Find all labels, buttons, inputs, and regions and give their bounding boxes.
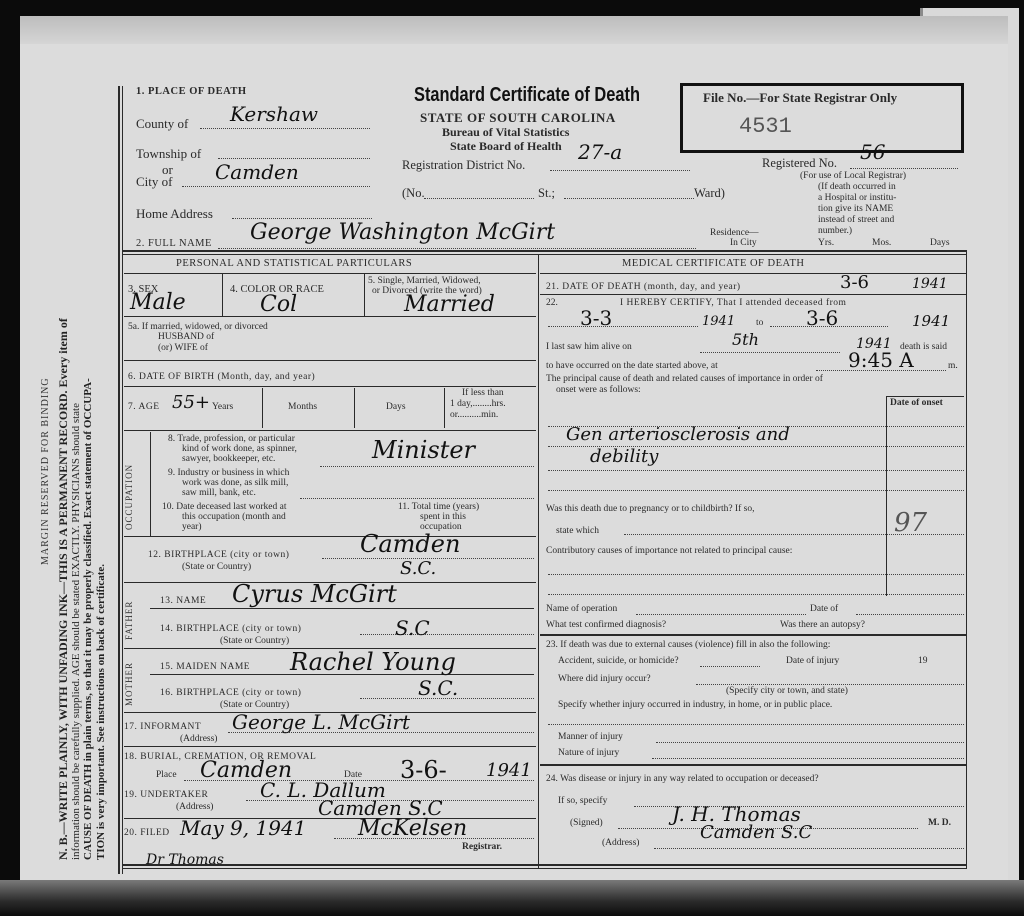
- industry-label-1: 9. Industry or business in which: [168, 468, 289, 478]
- date-of-death-year: 1941: [912, 276, 948, 292]
- nature-injury-line: [652, 758, 964, 759]
- less-than-3: or..........min.: [450, 410, 498, 420]
- last-saw-value: 5th: [732, 330, 759, 349]
- time-suffix: m.: [948, 361, 958, 371]
- name-divider-2: [122, 254, 967, 255]
- street-no-label: (No.: [402, 186, 425, 201]
- age-value: 55+: [172, 392, 210, 413]
- operation-line: [636, 614, 806, 615]
- city-label: City of: [136, 174, 172, 190]
- street-no-line: [424, 198, 534, 199]
- injury-year-label: 19: [918, 656, 928, 666]
- age-divider-1: [262, 388, 263, 428]
- industry-line: [300, 498, 534, 499]
- personal-header: PERSONAL AND STATISTICAL PARTICULARS: [176, 258, 412, 269]
- residence-yrs-label: Yrs.: [818, 238, 834, 248]
- industry-home-line: [548, 724, 964, 725]
- md-label: M. D.: [928, 818, 951, 828]
- age-months-label: Months: [288, 402, 317, 412]
- undertaker-label: 19. UNDERTAKER: [124, 790, 208, 800]
- mother-birthplace-label: 16. BIRTHPLACE (city or town): [160, 688, 301, 698]
- industry-home-label: Specify whether injury occurred in indus…: [558, 700, 832, 710]
- nature-injury-label: Nature of injury: [558, 748, 619, 758]
- where-injury-line: [696, 684, 964, 685]
- ward-label: Ward): [694, 186, 725, 201]
- filed-value: May 9, 1941: [180, 816, 306, 840]
- birthplace-sub-label: (State or Country): [182, 562, 251, 572]
- medical-header: MEDICAL CERTIFICATE OF DEATH: [622, 258, 804, 269]
- street-label: St.;: [538, 186, 555, 201]
- specify-city-label: (Specify city or town, and state): [726, 686, 848, 696]
- where-injury-label: Where did injury occur?: [558, 674, 651, 684]
- full-name-value: George Washington McGirt: [250, 220, 555, 245]
- registration-district-value: 27-a: [578, 140, 622, 164]
- mother-name-label: 15. MAIDEN NAME: [160, 662, 250, 672]
- frame-bottom: [122, 864, 967, 866]
- attended-to-label: to: [756, 318, 763, 328]
- ward-line: [564, 198, 694, 199]
- registrar-signature: McKelsen: [358, 816, 467, 841]
- informant-label: 17. INFORMANT: [124, 722, 201, 732]
- age-row-line: [124, 430, 536, 431]
- bureau-name: Bureau of Vital Statistics: [442, 125, 569, 140]
- dob-label: 6. DATE OF BIRTH (Month, day, and year): [128, 372, 315, 382]
- cause-intro-2: onset were as follows:: [556, 385, 641, 395]
- margin-reserved-note: MARGIN RESERVED FOR BINDING: [40, 377, 51, 565]
- last-worked-label-3: year): [182, 522, 202, 532]
- date-onset-top-line: [886, 396, 964, 397]
- spouse-label-3: (or) WIFE of: [158, 343, 208, 353]
- sex-divider: [222, 274, 223, 316]
- trade-label-1: 8. Trade, profession, or particular: [168, 434, 295, 444]
- father-birthplace-sub-label: (State or Country): [220, 636, 289, 646]
- margin-instruction-line-2: information should be carefully supplied…: [70, 403, 82, 860]
- date-of-onset-label: Date of onset: [890, 398, 943, 408]
- margin-instruction-line-4: TION is very important. See instructions…: [95, 564, 107, 860]
- attended-to-value: 3-6: [806, 306, 838, 330]
- signed-label: (Signed): [570, 818, 603, 828]
- certificate-title: Standard Certificate of Death: [414, 84, 640, 107]
- occupation-side-label: OCCUPATION: [124, 464, 134, 530]
- full-name-label: 2. FULL NAME: [136, 238, 212, 249]
- registration-district-line: [550, 170, 690, 171]
- if-so-label: If so, specify: [558, 796, 607, 806]
- injury-row-line: [540, 764, 966, 766]
- township-label: Township of: [136, 146, 201, 162]
- frame-bottom-2: [122, 868, 967, 869]
- township-line: [218, 158, 370, 159]
- attended-from-line: [548, 326, 698, 327]
- margin-instruction-line-1: N. B.—WRITE PLAINLY, WITH UNFADING INK—T…: [56, 318, 71, 860]
- industry-label-2: work was done, as silk mill,: [182, 478, 288, 488]
- frame-left-outer: [118, 86, 120, 874]
- pregnancy-label: Was this death due to pregnancy or to ch…: [546, 504, 754, 514]
- date-of-death-line: [540, 294, 966, 295]
- county-line: [200, 128, 370, 129]
- informant-value: George L. McGirt: [232, 710, 410, 734]
- registration-district-label: Registration District No.: [402, 158, 525, 173]
- registered-no-value: 56: [860, 140, 885, 164]
- birthplace-city-value: Camden: [360, 530, 460, 558]
- physician-address-line: [654, 848, 964, 849]
- marital-value: Married: [404, 292, 495, 317]
- physician-address-value: Camden S.C: [700, 822, 812, 843]
- city-line: [182, 186, 370, 187]
- frame-left-inner: [122, 86, 123, 874]
- cause-line-4: [548, 490, 964, 491]
- home-address-label: Home Address: [136, 206, 213, 222]
- operation-date-label: Date of: [810, 604, 838, 614]
- name-divider: [122, 250, 967, 252]
- registered-no-label: Registered No.: [762, 156, 837, 171]
- manner-injury-line: [656, 742, 964, 743]
- residence-label: Residence—: [710, 228, 759, 238]
- mother-name-value: Rachel Young: [290, 648, 456, 676]
- occurred-label: to have occurred on the date started abo…: [546, 361, 718, 371]
- diagnosis-label: What test confirmed diagnosis?: [546, 620, 666, 630]
- less-than-2: 1 day,........hrs.: [450, 399, 506, 409]
- full-name-line: [218, 248, 696, 249]
- trade-label-3: sawyer, bookkeeper, etc.: [182, 454, 275, 464]
- residence-mos-label: Mos.: [872, 238, 891, 248]
- informant-address-label: (Address): [180, 734, 217, 744]
- informant-row-line: [124, 746, 536, 747]
- trade-value: Minister: [372, 436, 475, 464]
- registered-no-line: [850, 168, 958, 169]
- father-name-line: [150, 608, 534, 609]
- cause-value-1: Gen arteriosclerosis and: [566, 424, 790, 445]
- accident-line: [700, 666, 760, 667]
- mother-side-label: MOTHER: [124, 662, 134, 706]
- accident-label: Accident, suicide, or homicide?: [558, 656, 679, 666]
- last-worked-label-1: 10. Date deceased last worked at: [162, 502, 287, 512]
- burial-place-label: Place: [156, 770, 177, 780]
- father-side-label: FATHER: [124, 601, 134, 640]
- hospital-note-1: (If death occurred in: [818, 182, 896, 192]
- burial-year-value: 1941: [486, 760, 532, 781]
- city-value: Camden: [215, 160, 299, 184]
- residence-in-city-label: In City: [730, 238, 757, 248]
- personal-header-line: [124, 273, 536, 274]
- sex-row-line: [124, 316, 536, 317]
- registrar-label: Registrar.: [462, 842, 502, 852]
- hospital-note-4: instead of street and: [818, 215, 894, 225]
- race-value: Col: [260, 292, 297, 317]
- spouse-label-2: HUSBAND of: [158, 332, 214, 342]
- last-saw-label: I last saw him alive on: [546, 342, 632, 352]
- date-of-death-value: 3-6: [840, 272, 869, 293]
- sex-value: Male: [130, 290, 186, 315]
- cause-intro-1: The principal cause of death and related…: [546, 374, 823, 384]
- trade-line: [320, 466, 534, 467]
- file-number-label: File No.—For State Registrar Only: [703, 90, 897, 106]
- occupation-side-divider: [150, 432, 151, 536]
- date-of-death-label: 21. DATE OF DEATH (month, day, and year): [546, 282, 741, 292]
- spouse-label-1: 5a. If married, widowed, or divorced: [128, 322, 268, 332]
- contributory-label: Contributory causes of importance not re…: [546, 546, 792, 556]
- father-birthplace-line: [360, 634, 534, 635]
- hospital-note-3: tion give its NAME: [818, 204, 893, 214]
- time-of-death-value: 9:45 A: [848, 348, 914, 372]
- margin-instruction-line-3: CAUSE OF DEATH in plain terms, so that i…: [82, 378, 94, 860]
- column-divider: [538, 254, 539, 868]
- board-name: State Board of Health: [450, 139, 562, 154]
- marital-label-1: 5. Single, Married, Widowed,: [368, 276, 481, 286]
- occupation-related-label: 24. Was disease or injury in any way rel…: [546, 774, 819, 784]
- age-divider-2: [354, 388, 355, 428]
- local-registrar-note: (For use of Local Registrar): [800, 171, 906, 181]
- attended-to-year: 1941: [912, 312, 950, 330]
- external-causes-label: 23. If death was due to external causes …: [546, 640, 830, 650]
- age-years-label: Years: [212, 402, 233, 412]
- certify-number: 22.: [546, 298, 558, 308]
- frame-right: [966, 250, 967, 868]
- county-label: County of: [136, 116, 188, 132]
- operation-date-line: [856, 614, 964, 615]
- state-which-label: state which: [556, 526, 599, 536]
- state-name: STATE OF SOUTH CAROLINA: [420, 110, 616, 126]
- county-value: Kershaw: [230, 102, 318, 126]
- dob-row-line: [124, 386, 536, 387]
- injury-date-label: Date of injury: [786, 656, 839, 666]
- father-name-label: 13. NAME: [160, 596, 206, 606]
- father-birthplace-label: 14. BIRTHPLACE (city or town): [160, 624, 301, 634]
- age-label: 7. AGE: [128, 402, 160, 412]
- total-time-label-2: spent in this: [420, 512, 466, 522]
- residence-days-label: Days: [930, 238, 950, 248]
- birthplace-label: 12. BIRTHPLACE (city or town): [148, 550, 289, 560]
- home-address-line: [232, 218, 372, 219]
- birthplace-state-value: S.C.: [400, 558, 436, 579]
- mother-birthplace-sub-label: (State or Country): [220, 700, 289, 710]
- hospital-note-2: a Hospital or institu-: [818, 193, 896, 203]
- trade-label-2: kind of work done, as spinner,: [182, 444, 297, 454]
- operation-label: Name of operation: [546, 604, 617, 614]
- age-divider-3: [444, 388, 445, 428]
- occupation-row-line: [124, 536, 536, 537]
- contributory-line-2: [548, 594, 964, 595]
- cause-value-2: debility: [590, 446, 658, 467]
- undertaker-address-label: (Address): [176, 802, 213, 812]
- bottom-note: Dr Thomas: [146, 852, 224, 868]
- attended-from-year: 1941: [702, 314, 735, 329]
- burial-date-value: 3-6-: [400, 756, 447, 784]
- spouse-row-line: [124, 360, 536, 361]
- last-saw-line: [700, 352, 840, 353]
- file-number-box: File No.—For State Registrar Only 4531: [680, 83, 964, 153]
- onset-annotation: 97: [894, 508, 927, 538]
- last-worked-label-2: this occupation (month and: [182, 512, 286, 522]
- mother-birthplace-value: S.C.: [418, 676, 458, 700]
- cause-line-3: [548, 470, 964, 471]
- place-of-death-header: 1. PLACE OF DEATH: [136, 86, 247, 97]
- file-number-value: 4531: [739, 114, 792, 139]
- industry-label-3: saw mill, bank, etc.: [182, 488, 256, 498]
- filed-label: 20. FILED: [124, 828, 170, 838]
- operation-row-line: [540, 634, 966, 636]
- paper-top-edge: [20, 16, 1008, 44]
- less-than-1: If less than: [462, 388, 504, 398]
- manner-injury-label: Manner of injury: [558, 732, 623, 742]
- father-birthplace-value: S.C: [395, 616, 430, 640]
- scan-bottom-edge: [0, 880, 1024, 916]
- race-divider: [364, 274, 365, 316]
- contributory-line-1: [548, 574, 964, 575]
- autopsy-label: Was there an autopsy?: [780, 620, 865, 630]
- medical-header-line: [540, 273, 966, 274]
- father-name-value: Cyrus McGirt: [232, 580, 397, 608]
- hospital-note-5: number.): [818, 226, 852, 236]
- physician-address-label: (Address): [602, 838, 639, 848]
- total-time-label-1: 11. Total time (years): [398, 502, 479, 512]
- age-days-label: Days: [386, 402, 406, 412]
